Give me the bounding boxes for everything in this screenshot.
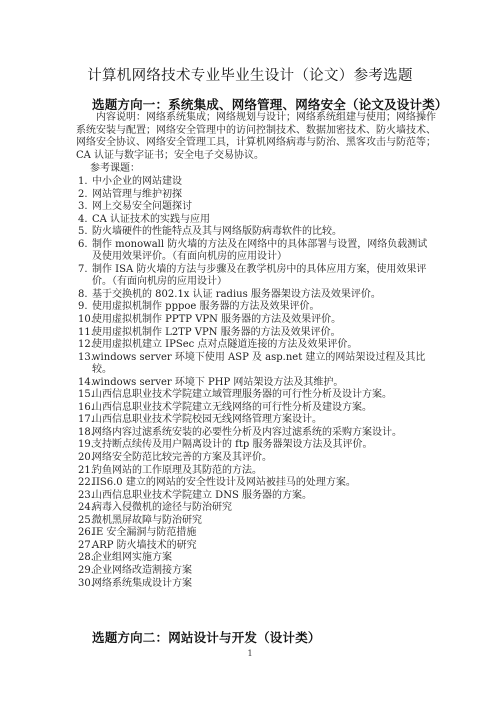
item-number: 8. [78,289,92,302]
list-item: 5.防火墙硬件的性能特点及其与网络版防病毒软件的比较。 [78,226,436,239]
item-text: 企业网络改造割接方案 [92,565,436,578]
item-number: 22. [78,477,92,490]
item-number: 28. [78,552,92,565]
item-text: windows server 环境下 PHP 网站架设方法及其维护。 [92,377,436,390]
list-item: 10.使用虚拟机制作 PPTP VPN 服务器的方法及效果评价。 [78,314,436,327]
item-text: 网络安全防范比较完善的方案及其评价。 [92,452,436,465]
item-text: 中小企业的网站建设 [92,176,436,189]
list-item: 6.制作 monowall 防火墙的方法及在网络中的具体部署与设置，网络负载测试… [78,239,436,264]
section-description: 内容说明：网络系统集成；网络规划与设计；网络系统组建与使用；网络操作系统安装与配… [76,112,436,162]
item-text: 网络系统集成设计方案 [92,578,436,591]
item-text: 微机黑屏故障与防治研究 [92,515,436,528]
list-item: 9.使用虚拟机制作 pppoe 服务器的方法及效果评价。 [78,301,436,314]
list-item: 4.CA 认证技术的实践与应用 [78,214,436,227]
item-text: CA 认证技术的实践与应用 [92,214,436,227]
item-number: 10. [78,314,92,327]
item-text: IE 安全漏洞与防范措施 [92,527,436,540]
document-page: 计算机网络技术专业毕业生设计（论文）参考选题 选题方向一：系统集成、网络管理、网… [0,0,500,707]
item-number: 9. [78,301,92,314]
list-item: 17.山西信息职业技术学院校园无线网络管理方案设计。 [78,414,436,427]
item-number: 26. [78,527,92,540]
item-text: 网络内容过滤系统安装的必要性分析及内容过滤系统的采购方案设计。 [92,427,436,440]
item-number: 2. [78,189,92,202]
page-number: 1 [0,649,500,658]
item-text: 病毒入侵微机的途径与防治研究 [92,502,436,515]
list-item: 27.ARP 防火墙技术的研究 [78,540,436,553]
item-text: 网站管理与维护初探 [92,189,436,202]
item-text: 山西信息职业技术学院建立 DNS 服务器的方案。 [92,490,436,503]
item-number: 13. [78,352,92,377]
item-text: 使用虚拟机制作 pppoe 服务器的方法及效果评价。 [92,301,436,314]
list-item: 20.网络安全防范比较完善的方案及其评价。 [78,452,436,465]
list-item: 7.制作 ISA 防火墙的方法与步骤及在教学机房中的具体应用方案，使用效果评价。… [78,264,436,289]
item-text: 企业组网实施方案 [92,552,436,565]
item-number: 6. [78,239,92,264]
item-text: 山西信息职业技术学院建立域管理服务器的可行性分析及设计方案。 [92,389,436,402]
item-number: 15. [78,389,92,402]
item-number: 21. [78,465,92,478]
item-number: 17. [78,414,92,427]
item-number: 25. [78,515,92,528]
topic-list: 1.中小企业的网站建设 2.网站管理与维护初探 3.网上交易安全问题探讨 4.C… [78,176,436,590]
list-item: 25.微机黑屏故障与防治研究 [78,515,436,528]
list-item: 12.使用虚拟机建立 IPSec 点对点隧道连接的方法及效果评价。 [78,339,436,352]
item-number: 3. [78,201,92,214]
section-heading-2: 选题方向二：网站设计与开发（设计类） [92,628,321,646]
item-text: windows server 环境下使用 ASP 及 asp.net 建立的网站… [92,352,436,377]
item-number: 19. [78,439,92,452]
item-text: ARP 防火墙技术的研究 [92,540,436,553]
item-number: 11. [78,327,92,340]
item-text: 基于交换机的 802.1x 认证 radius 服务器架设方法及效果评价。 [92,289,436,302]
item-text: IIS6.0 建立的网站的安全性设计及网站被挂马的处理方案。 [92,477,436,490]
item-text: 山西信息职业技术学院校园无线网络管理方案设计。 [92,414,436,427]
item-text: 支持断点续传及用户隔离设计的 ftp 服务器架设方法及其评价。 [92,439,436,452]
item-text: 使用虚拟机制作 L2TP VPN 服务器的方法及效果评价。 [92,327,436,340]
list-item: 13.windows server 环境下使用 ASP 及 asp.net 建立… [78,352,436,377]
list-item: 16.山西信息职业技术学院建立无线网络的可行性分析及建设方案。 [78,402,436,415]
list-item: 29.企业网络改造割接方案 [78,565,436,578]
item-text: 使用虚拟机建立 IPSec 点对点隧道连接的方法及效果评价。 [92,339,436,352]
item-number: 1. [78,176,92,189]
list-item: 30.网络系统集成设计方案 [78,578,436,591]
list-item: 28.企业组网实施方案 [78,552,436,565]
reference-topics-label: 参考课题： [90,163,140,176]
list-item: 8.基于交换机的 802.1x 认证 radius 服务器架设方法及效果评价。 [78,289,436,302]
item-number: 27. [78,540,92,553]
list-item: 19.支持断点续传及用户隔离设计的 ftp 服务器架设方法及其评价。 [78,439,436,452]
item-number: 29. [78,565,92,578]
item-number: 23. [78,490,92,503]
item-number: 5. [78,226,92,239]
list-item: 23.山西信息职业技术学院建立 DNS 服务器的方案。 [78,490,436,503]
item-text: 钓鱼网站的工作原理及其防范的方法。 [92,465,436,478]
item-number: 18. [78,427,92,440]
list-item: 3.网上交易安全问题探讨 [78,201,436,214]
item-text: 使用虚拟机制作 PPTP VPN 服务器的方法及效果评价。 [92,314,436,327]
item-text: 防火墙硬件的性能特点及其与网络版防病毒软件的比较。 [92,226,436,239]
item-number: 4. [78,214,92,227]
list-item: 18.网络内容过滤系统安装的必要性分析及内容过滤系统的采购方案设计。 [78,427,436,440]
section-heading-1: 选题方向一：系统集成、网络管理、网络安全（论文及设计类） [92,95,448,113]
list-item: 24.病毒入侵微机的途径与防治研究 [78,502,436,515]
list-item: 2.网站管理与维护初探 [78,189,436,202]
item-number: 16. [78,402,92,415]
item-text: 制作 monowall 防火墙的方法及在网络中的具体部署与设置，网络负载测试及使… [92,239,436,264]
list-item: 21.钓鱼网站的工作原理及其防范的方法。 [78,465,436,478]
item-text: 网上交易安全问题探讨 [92,201,436,214]
list-item: 11.使用虚拟机制作 L2TP VPN 服务器的方法及效果评价。 [78,327,436,340]
document-title: 计算机网络技术专业毕业生设计（论文）参考选题 [0,64,500,85]
list-item: 1.中小企业的网站建设 [78,176,436,189]
item-number: 7. [78,264,92,289]
item-number: 12. [78,339,92,352]
list-item: 14.windows server 环境下 PHP 网站架设方法及其维护。 [78,377,436,390]
item-text: 制作 ISA 防火墙的方法与步骤及在教学机房中的具体应用方案，使用效果评价。（有… [92,264,436,289]
item-number: 24. [78,502,92,515]
list-item: 22.IIS6.0 建立的网站的安全性设计及网站被挂马的处理方案。 [78,477,436,490]
list-item: 15.山西信息职业技术学院建立域管理服务器的可行性分析及设计方案。 [78,389,436,402]
list-item: 26.IE 安全漏洞与防范措施 [78,527,436,540]
item-number: 14. [78,377,92,390]
item-number: 20. [78,452,92,465]
item-text: 山西信息职业技术学院建立无线网络的可行性分析及建设方案。 [92,402,436,415]
item-number: 30. [78,578,92,591]
